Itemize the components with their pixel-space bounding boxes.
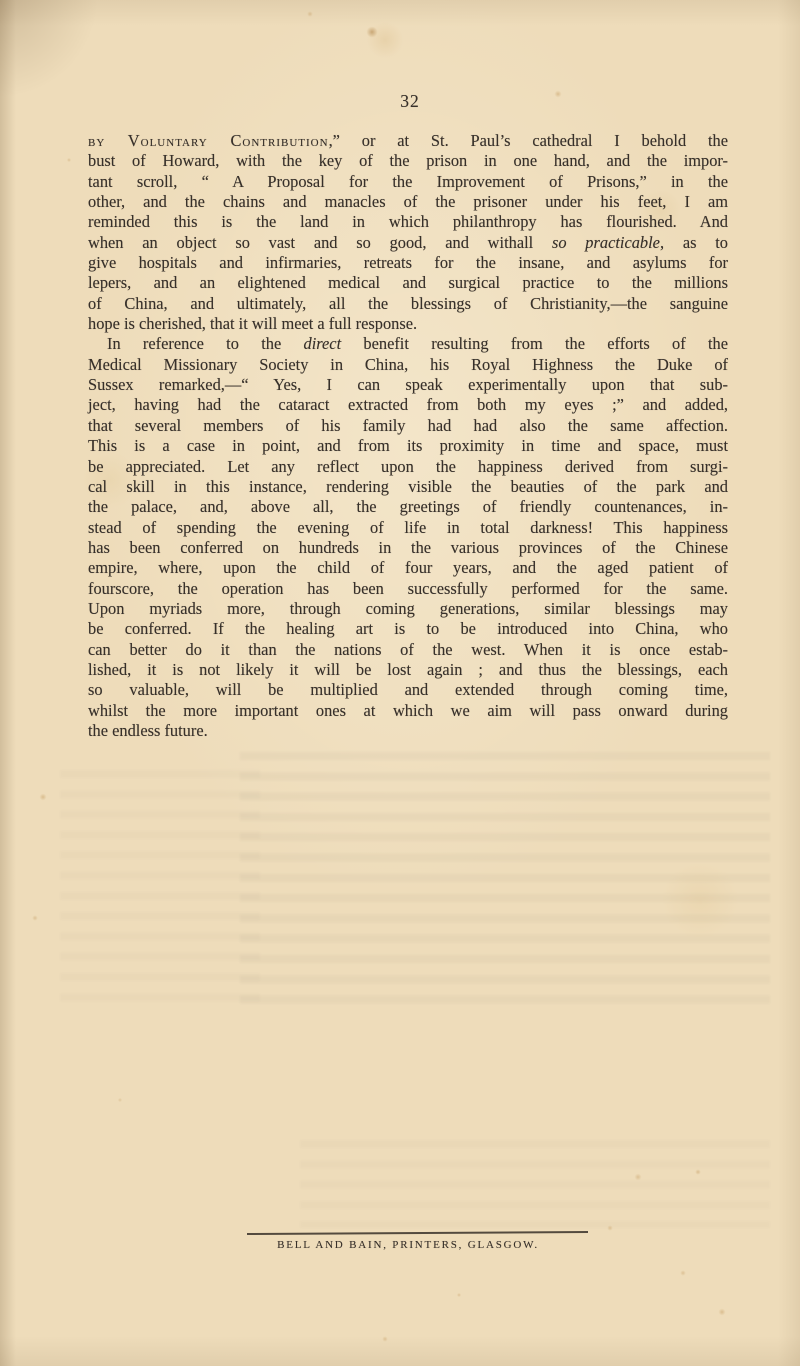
show-through-ghost-text	[60, 770, 260, 1010]
text-segment: , as to	[660, 233, 728, 252]
text-segment: tant scroll, “ A Proposal for the Improv…	[88, 172, 728, 191]
text-segment: stead of spending the evening of life in…	[88, 518, 728, 537]
text-segment: so valuable, will be multiplied and exte…	[88, 680, 728, 699]
text-segment: cal skill in this instance, rendering vi…	[88, 477, 728, 496]
text-segment: whilst the more important ones at which …	[88, 701, 728, 720]
text-segment: empire, where, upon the child of four ye…	[88, 558, 728, 577]
text-segment: bust of Howard, with the key of the pris…	[88, 151, 728, 170]
text-segment: of China, and ultimately, all the blessi…	[88, 294, 728, 313]
text-segment: when an object so vast and so good, and …	[88, 233, 552, 252]
text-segment: reminded this is the land in which phila…	[88, 212, 728, 231]
text-line: can better do it than the nations of the…	[88, 640, 728, 660]
text-line: lepers, and an elightened medical and su…	[88, 273, 728, 293]
text-line: Sussex remarked,—“ Yes, I can speak expe…	[88, 375, 728, 395]
text-segment: other, and the chains and manacles of th…	[88, 192, 728, 211]
text-line: In reference to the direct benefit resul…	[88, 334, 728, 354]
text-segment: In reference to the	[107, 334, 304, 353]
text-line: of China, and ultimately, all the blessi…	[88, 294, 728, 314]
text-line: cal skill in this instance, rendering vi…	[88, 477, 728, 497]
text-segment: Sussex remarked,—“ Yes, I can speak expe…	[88, 375, 728, 394]
text-segment: benefit resulting from the efforts of th…	[341, 334, 728, 353]
body-text: by Voluntary Contribution,” or at St. Pa…	[88, 131, 728, 741]
text-segment: can better do it than the nations of the…	[88, 640, 728, 659]
text-line: This is a case in point, and from its pr…	[88, 436, 728, 456]
text-line: has been conferred on hundreds in the va…	[88, 538, 728, 558]
text-segment: give hospitals and infirmaries, retreats…	[88, 253, 728, 272]
text-segment: ,” or at St. Paul’s cathedral I behold t…	[329, 131, 728, 150]
text-line: be appreciated. Let any reflect upon the…	[88, 457, 728, 477]
text-line: Medical Missionary Society in China, his…	[88, 355, 728, 375]
text-line: when an object so vast and so good, and …	[88, 233, 728, 253]
page-number: 32	[88, 91, 732, 112]
text-segment: Medical Missionary Society in China, his…	[88, 355, 728, 374]
footer-rule	[247, 1231, 588, 1235]
text-segment: hope is cherished, that it will meet a f…	[88, 314, 417, 333]
text-segment: be conferred. If the healing art is to b…	[88, 619, 728, 638]
text-line: other, and the chains and manacles of th…	[88, 192, 728, 212]
show-through-ghost-text	[240, 752, 770, 1012]
text-segment: ject, having had the cataract extracted …	[88, 395, 728, 414]
text-segment: that several members of his family had h…	[88, 416, 728, 435]
text-line: whilst the more important ones at which …	[88, 701, 728, 721]
show-through-ghost-text	[300, 1140, 770, 1228]
text-line: fourscore, the operation has been succes…	[88, 579, 728, 599]
text-line: empire, where, upon the child of four ye…	[88, 558, 728, 578]
text-line: stead of spending the evening of life in…	[88, 518, 728, 538]
printer-imprint: BELL AND BAIN, PRINTERS, GLASGOW.	[88, 1239, 728, 1251]
text-line: hope is cherished, that it will meet a f…	[88, 314, 728, 334]
text-line: be conferred. If the healing art is to b…	[88, 619, 728, 639]
text-line: lished, it is not likely it will be lost…	[88, 660, 728, 680]
text-line: ject, having had the cataract extracted …	[88, 395, 728, 415]
text-line: the endless future.	[88, 721, 728, 741]
text-segment: be appreciated. Let any reflect upon the…	[88, 457, 728, 476]
text-segment: has been conferred on hundreds in the va…	[88, 538, 728, 557]
text-segment: Upon myriads more, through coming genera…	[88, 599, 728, 618]
text-segment: lished, it is not likely it will be lost…	[88, 660, 728, 679]
text-segment: the palace, and, above all, the greeting…	[88, 497, 728, 516]
text-line: by Voluntary Contribution,” or at St. Pa…	[88, 131, 728, 151]
text-segment: the endless future.	[88, 721, 208, 740]
text-segment: fourscore, the operation has been succes…	[88, 579, 728, 598]
book-page: 32 by Voluntary Contribution,” or at St.…	[0, 0, 800, 1366]
text-line: give hospitals and infirmaries, retreats…	[88, 253, 728, 273]
italic-text: so practicable	[552, 233, 660, 252]
text-line: bust of Howard, with the key of the pris…	[88, 151, 728, 171]
text-segment: This is a case in point, and from its pr…	[88, 436, 728, 455]
italic-text: direct	[304, 334, 342, 353]
small-caps-text: by Voluntary Contribution	[88, 131, 329, 150]
text-line: so valuable, will be multiplied and exte…	[88, 680, 728, 700]
text-line: that several members of his family had h…	[88, 416, 728, 436]
text-segment: lepers, and an elightened medical and su…	[88, 273, 728, 292]
text-line: Upon myriads more, through coming genera…	[88, 599, 728, 619]
text-line: reminded this is the land in which phila…	[88, 212, 728, 232]
text-line: the palace, and, above all, the greeting…	[88, 497, 728, 517]
text-line: tant scroll, “ A Proposal for the Improv…	[88, 172, 728, 192]
